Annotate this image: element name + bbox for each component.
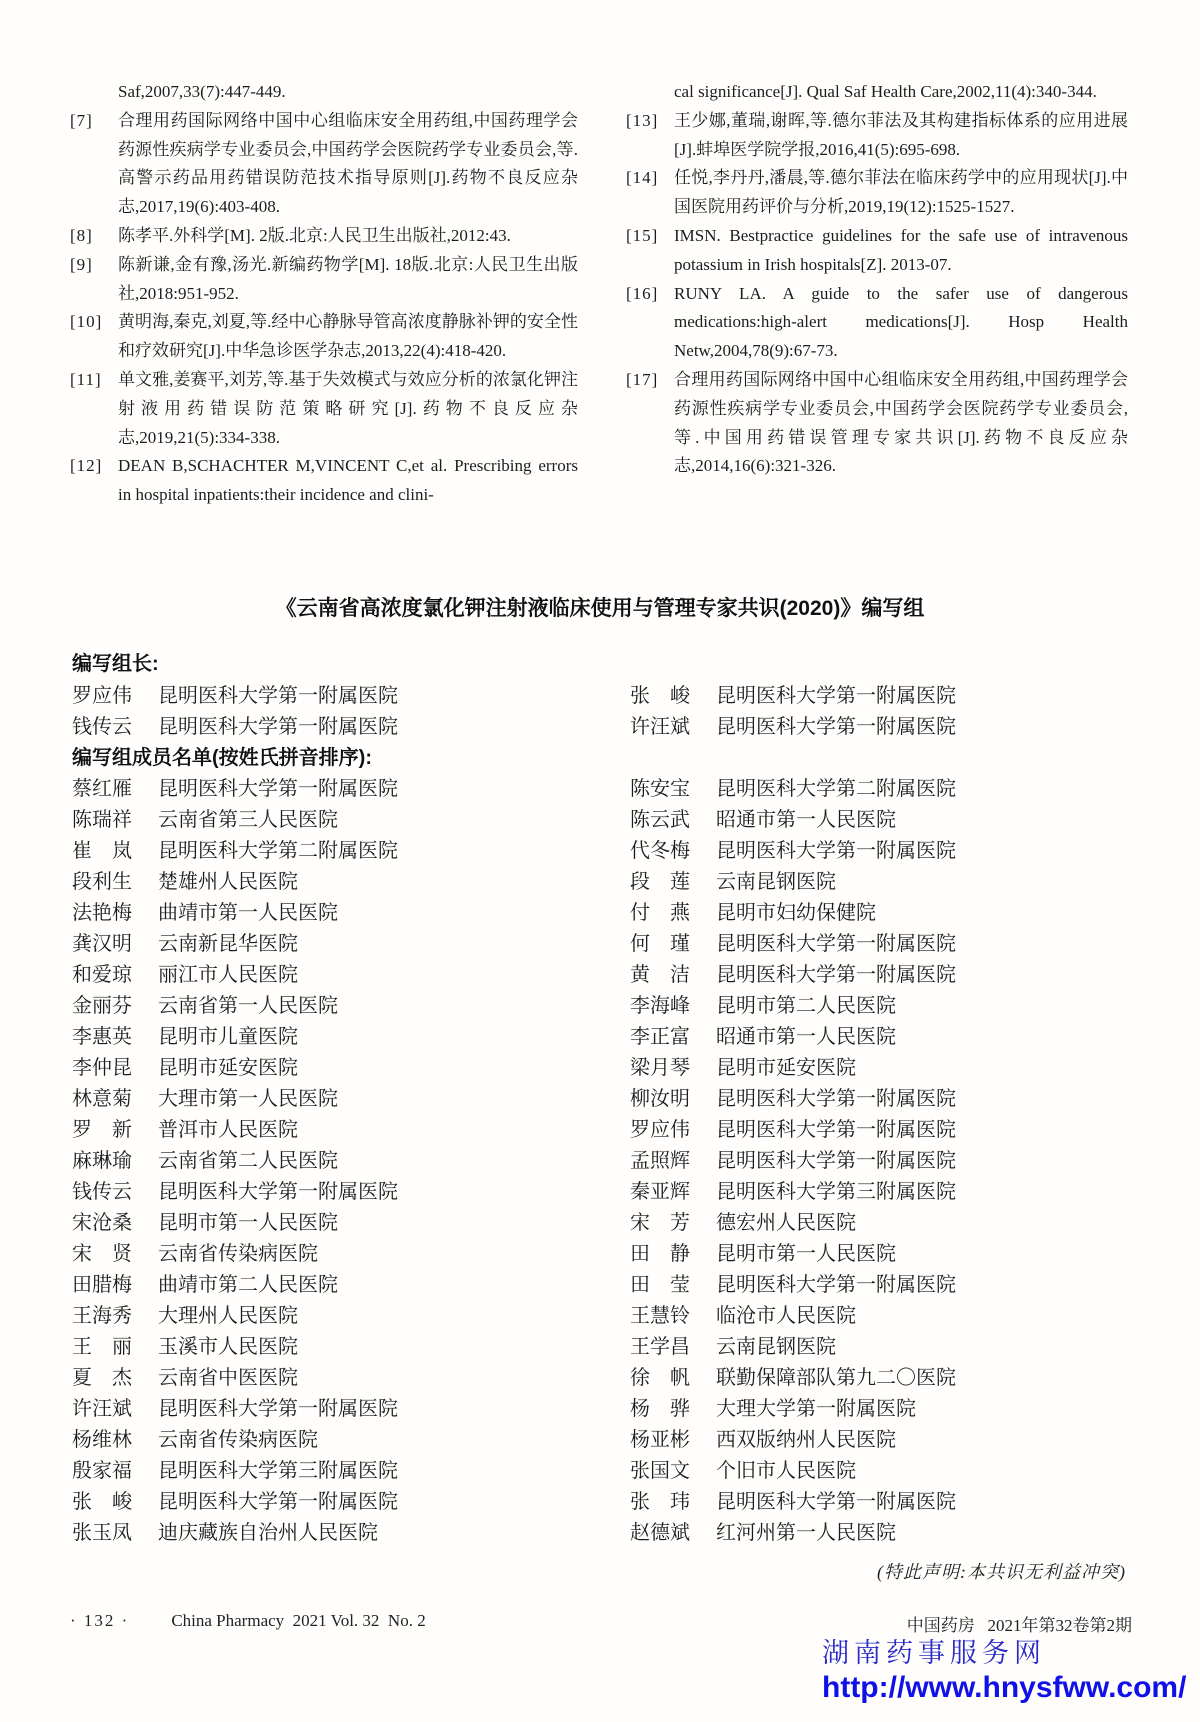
member-name: 张国文	[630, 1456, 692, 1487]
leaders-right-list: 张 峻昆明医科大学第一附属医院 许汪斌昆明医科大学第一附属医院	[630, 681, 1130, 743]
member-name: 代冬梅	[630, 836, 692, 867]
member-name: 陈云武	[630, 805, 692, 836]
reference-item: [13] 王少娜,董瑞,谢晖,等.德尔菲法及其构建指标体系的应用进展[J].蚌埠…	[626, 107, 1128, 165]
reference-label: [16]	[626, 280, 674, 366]
reference-label: [13]	[626, 107, 674, 165]
leader-row: 罗应伟昆明医科大学第一附属医院	[72, 681, 630, 712]
member-name: 梁月琴	[630, 1053, 692, 1084]
member-name: 和爱琼	[72, 960, 134, 991]
reference-item: [14] 任悦,李丹丹,潘晨,等.德尔菲法在临床药学中的应用现状[J].中国医院…	[626, 164, 1128, 222]
references-left-column: Saf,2007,33(7):447-449. [7] 合理用药国际网络中国中心…	[70, 78, 578, 510]
member-name: 麻琳瑜	[72, 1146, 134, 1177]
member-affiliation: 昆明市第二人民医院	[716, 995, 896, 1017]
member-affiliation: 丽江市人民医院	[158, 964, 298, 986]
member-row: 龚汉明云南新昆华医院	[72, 929, 630, 960]
member-affiliation: 昆明医科大学第二附属医院	[158, 840, 398, 862]
member-row: 法艳梅曲靖市第一人民医院	[72, 898, 630, 929]
member-row: 张 玮昆明医科大学第一附属医院	[630, 1487, 1130, 1518]
member-affiliation: 楚雄州人民医院	[158, 871, 298, 893]
member-row: 徐 帆联勤保障部队第九二〇医院	[630, 1363, 1130, 1394]
member-name: 柳汝明	[630, 1084, 692, 1115]
roster-columns: 罗应伟昆明医科大学第一附属医院 钱传云昆明医科大学第一附属医院 编写组成员名单(…	[72, 681, 1130, 1549]
member-affiliation: 大理大学第一附属医院	[716, 1398, 916, 1420]
member-affiliation: 昆明市第一人民医院	[158, 1212, 338, 1234]
reference-text: 陈孝平.外科学[M]. 2版.北京:人民卫生出版社,2012:43.	[118, 222, 578, 251]
member-name: 杨维林	[72, 1425, 134, 1456]
member-affiliation: 云南省第三人民医院	[158, 809, 338, 831]
member-row: 宋 贤云南省传染病医院	[72, 1239, 630, 1270]
member-affiliation: 昆明医科大学第三附属医院	[716, 1181, 956, 1203]
member-name: 法艳梅	[72, 898, 134, 929]
member-name: 李正富	[630, 1022, 692, 1053]
member-row: 李海峰昆明市第二人民医院	[630, 991, 1130, 1022]
member-row: 陈瑞祥云南省第三人民医院	[72, 805, 630, 836]
footer-left: · 132 · China Pharmacy 2021 Vol. 32 No. …	[70, 1611, 426, 1636]
reference-label: [14]	[626, 164, 674, 222]
member-affiliation: 昆明医科大学第一附属医院	[158, 1491, 398, 1513]
member-affiliation: 昆明市延安医院	[158, 1057, 298, 1079]
member-row: 田腊梅曲靖市第二人民医院	[72, 1270, 630, 1301]
member-row: 陈安宝昆明医科大学第二附属医院	[630, 774, 1130, 805]
member-name: 田腊梅	[72, 1270, 134, 1301]
member-row: 付 燕昆明市妇幼保健院	[630, 898, 1130, 929]
member-affiliation: 昆明医科大学第一附属医院	[158, 685, 398, 707]
member-name: 张玉凤	[72, 1518, 134, 1549]
member-row: 梁月琴昆明市延安医院	[630, 1053, 1130, 1084]
member-name: 钱传云	[72, 1177, 134, 1208]
reference-item: [11] 单文雅,姜赛平,刘芳,等.基于失效模式与效应分析的浓氯化钾注射液用药错…	[70, 366, 578, 452]
member-name: 段利生	[72, 867, 134, 898]
member-row: 王海秀大理州人民医院	[72, 1301, 630, 1332]
member-affiliation: 昆明医科大学第一附属医院	[158, 778, 398, 800]
members-left-list: 蔡红雁昆明医科大学第一附属医院 陈瑞祥云南省第三人民医院 崔 岚昆明医科大学第二…	[72, 774, 630, 1549]
member-affiliation: 昆明市延安医院	[716, 1057, 856, 1079]
member-name: 林意菊	[72, 1084, 134, 1115]
reference-text: 合理用药国际网络中国中心组临床安全用药组,中国药理学会药源性疾病学专业委员会,中…	[118, 107, 578, 222]
member-affiliation: 昆明医科大学第一附属医院	[716, 1088, 956, 1110]
roster-right-column: 张 峻昆明医科大学第一附属医院 许汪斌昆明医科大学第一附属医院 陈安宝昆明医科大…	[630, 681, 1130, 1549]
reference-text: DEAN B,SCHACHTER M,VINCENT C,et al. Pres…	[118, 452, 578, 510]
member-row: 王慧铃临沧市人民医院	[630, 1301, 1130, 1332]
member-row: 许汪斌昆明医科大学第一附属医院	[72, 1394, 630, 1425]
reference-item: [7] 合理用药国际网络中国中心组临床安全用药组,中国药理学会药源性疾病学专业委…	[70, 107, 578, 222]
member-row: 段利生楚雄州人民医院	[72, 867, 630, 898]
reference-item: [10] 黄明海,秦克,刘夏,等.经中心静脉导管高浓度静脉补钾的安全性和疗效研究…	[70, 308, 578, 366]
member-name: 杨亚彬	[630, 1425, 692, 1456]
member-affiliation: 昆明医科大学第三附属医院	[158, 1460, 398, 1482]
member-name: 孟照辉	[630, 1146, 692, 1177]
reference-label: [10]	[70, 308, 118, 366]
member-row: 秦亚辉昆明医科大学第三附属医院	[630, 1177, 1130, 1208]
page-footer: · 132 · China Pharmacy 2021 Vol. 32 No. …	[70, 1611, 1132, 1636]
member-row: 柳汝明昆明医科大学第一附属医院	[630, 1084, 1130, 1115]
member-row: 殷家福昆明医科大学第三附属医院	[72, 1456, 630, 1487]
member-row: 田 静昆明市第一人民医院	[630, 1239, 1130, 1270]
member-name: 宋沧桑	[72, 1208, 134, 1239]
member-affiliation: 云南省中医医院	[158, 1367, 298, 1389]
member-affiliation: 曲靖市第一人民医院	[158, 902, 338, 924]
member-name: 李惠英	[72, 1022, 134, 1053]
member-row: 罗应伟昆明医科大学第一附属医院	[630, 1115, 1130, 1146]
reference-text: 任悦,李丹丹,潘晨,等.德尔菲法在临床药学中的应用现状[J].中国医院用药评价与…	[674, 164, 1128, 222]
member-name: 赵德斌	[630, 1518, 692, 1549]
member-row: 代冬梅昆明医科大学第一附属医院	[630, 836, 1130, 867]
member-row: 赵德斌红河州第一人民医院	[630, 1518, 1130, 1549]
member-name: 王学昌	[630, 1332, 692, 1363]
member-row: 金丽芬云南省第一人民医院	[72, 991, 630, 1022]
member-affiliation: 昆明医科大学第一附属医院	[158, 1398, 398, 1420]
member-row: 宋 芳德宏州人民医院	[630, 1208, 1130, 1239]
member-row: 张玉凤迪庆藏族自治州人民医院	[72, 1518, 630, 1549]
member-name: 罗应伟	[72, 681, 134, 712]
leader-row: 钱传云昆明医科大学第一附属医院	[72, 712, 630, 743]
member-row: 和爱琼丽江市人民医院	[72, 960, 630, 991]
member-row: 黄 洁昆明医科大学第一附属医院	[630, 960, 1130, 991]
reference-text: RUNY LA. A guide to the safer use of dan…	[674, 280, 1128, 366]
member-row: 孟照辉昆明医科大学第一附属医院	[630, 1146, 1130, 1177]
member-affiliation: 昆明医科大学第一附属医院	[716, 1491, 956, 1513]
member-affiliation: 德宏州人民医院	[716, 1212, 856, 1234]
reference-item: Saf,2007,33(7):447-449.	[70, 78, 578, 107]
member-name: 殷家福	[72, 1456, 134, 1487]
reference-item: cal significance[J]. Qual Saf Health Car…	[626, 78, 1128, 107]
member-affiliation: 昆明医科大学第一附属医院	[716, 685, 956, 707]
member-affiliation: 迪庆藏族自治州人民医院	[158, 1522, 378, 1544]
member-name: 徐 帆	[630, 1363, 692, 1394]
member-name: 龚汉明	[72, 929, 134, 960]
member-row: 钱传云昆明医科大学第一附属医院	[72, 1177, 630, 1208]
member-name: 张 峻	[72, 1487, 134, 1518]
member-affiliation: 昆明市儿童医院	[158, 1026, 298, 1048]
member-row: 杨维林云南省传染病医院	[72, 1425, 630, 1456]
journal-name-chinese: 中国药房 2021年第32卷第2期	[907, 1611, 1132, 1636]
reference-label	[70, 78, 118, 107]
member-affiliation: 昆明医科大学第一附属医院	[716, 933, 956, 955]
member-row: 田 莹昆明医科大学第一附属医院	[630, 1270, 1130, 1301]
member-row: 宋沧桑昆明市第一人民医院	[72, 1208, 630, 1239]
member-name: 罗应伟	[630, 1115, 692, 1146]
member-row: 林意菊大理市第一人民医院	[72, 1084, 630, 1115]
member-row: 杨 骅大理大学第一附属医院	[630, 1394, 1130, 1425]
member-row: 李正富昭通市第一人民医院	[630, 1022, 1130, 1053]
watermark-site-name: 湖南药事服务网	[822, 1640, 1186, 1667]
member-name: 许汪斌	[630, 712, 692, 743]
member-name: 王海秀	[72, 1301, 134, 1332]
member-affiliation: 玉溪市人民医院	[158, 1336, 298, 1358]
conflict-declaration: (特此声明:本共识无利益冲突)	[877, 1558, 1126, 1584]
writing-group-roster: 编写组长: 罗应伟昆明医科大学第一附属医院 钱传云昆明医科大学第一附属医院 编写…	[72, 648, 1130, 1549]
member-row: 李仲昆昆明市延安医院	[72, 1053, 630, 1084]
member-affiliation: 临沧市人民医院	[716, 1305, 856, 1327]
member-affiliation: 昆明医科大学第一附属医院	[716, 1119, 956, 1141]
member-affiliation: 西双版纳州人民医院	[716, 1429, 896, 1451]
reference-label: [9]	[70, 251, 118, 309]
reference-text: IMSN. Bestpractice guidelines for the sa…	[674, 222, 1128, 280]
member-name: 李仲昆	[72, 1053, 134, 1084]
member-affiliation: 云南昆钢医院	[716, 1336, 836, 1358]
site-watermark: 湖南药事服务网 http://www.hnysfww.com/	[822, 1640, 1186, 1703]
reference-item: [12] DEAN B,SCHACHTER M,VINCENT C,et al.…	[70, 452, 578, 510]
member-name: 黄 洁	[630, 960, 692, 991]
member-name: 何 瑾	[630, 929, 692, 960]
page-number: · 132 ·	[70, 1611, 129, 1631]
reference-item: [9] 陈新谦,金有豫,汤光.新编药物学[M]. 18版.北京:人民卫生出版社,…	[70, 251, 578, 309]
member-name: 夏 杰	[72, 1363, 134, 1394]
reference-item: [8] 陈孝平.外科学[M]. 2版.北京:人民卫生出版社,2012:43.	[70, 222, 578, 251]
member-row: 罗 新普洱市人民医院	[72, 1115, 630, 1146]
member-name: 宋 芳	[630, 1208, 692, 1239]
member-name: 陈瑞祥	[72, 805, 134, 836]
reference-text: 合理用药国际网络中国中心组临床安全用药组,中国药理学会药源性疾病学专业委员会,中…	[674, 366, 1128, 481]
row-spacer	[630, 743, 1130, 774]
member-row: 段 莲云南昆钢医院	[630, 867, 1130, 898]
leader-row: 许汪斌昆明医科大学第一附属医院	[630, 712, 1130, 743]
member-affiliation: 昆明医科大学第一附属医院	[158, 716, 398, 738]
journal-page: Saf,2007,33(7):447-449. [7] 合理用药国际网络中国中心…	[0, 0, 1200, 1722]
reference-label: [7]	[70, 107, 118, 222]
reference-label: [17]	[626, 366, 674, 481]
member-name: 崔 岚	[72, 836, 134, 867]
member-affiliation: 普洱市人民医院	[158, 1119, 298, 1141]
member-affiliation: 云南省传染病医院	[158, 1243, 318, 1265]
member-affiliation: 大理市第一人民医院	[158, 1088, 338, 1110]
member-affiliation: 红河州第一人民医院	[716, 1522, 896, 1544]
member-affiliation: 昆明医科大学第一附属医院	[716, 964, 956, 986]
reference-item: [15] IMSN. Bestpractice guidelines for t…	[626, 222, 1128, 280]
member-name: 田 静	[630, 1239, 692, 1270]
member-name: 金丽芬	[72, 991, 134, 1022]
journal-name-english: China Pharmacy 2021 Vol. 32 No. 2	[171, 1611, 425, 1631]
reference-item: [17] 合理用药国际网络中国中心组临床安全用药组,中国药理学会药源性疾病学专业…	[626, 366, 1128, 481]
member-affiliation: 云南新昆华医院	[158, 933, 298, 955]
references-right-column: cal significance[J]. Qual Saf Health Car…	[626, 78, 1128, 510]
member-name: 王 丽	[72, 1332, 134, 1363]
member-row: 王 丽玉溪市人民医院	[72, 1332, 630, 1363]
members-right-list: 陈安宝昆明医科大学第二附属医院 陈云武昭通市第一人民医院 代冬梅昆明医科大学第一…	[630, 774, 1130, 1549]
member-name: 杨 骅	[630, 1394, 692, 1425]
member-affiliation: 昆明医科大学第一附属医院	[158, 1181, 398, 1203]
member-row: 麻琳瑜云南省第二人民医院	[72, 1146, 630, 1177]
member-row: 崔 岚昆明医科大学第二附属医院	[72, 836, 630, 867]
writing-group-title: 《云南省高浓度氯化钾注射液临床使用与管理专家共识(2020)》编写组	[0, 592, 1200, 622]
reference-text: 陈新谦,金有豫,汤光.新编药物学[M]. 18版.北京:人民卫生出版社,2018…	[118, 251, 578, 309]
member-affiliation: 昆明医科大学第一附属医院	[716, 716, 956, 738]
member-affiliation: 云南昆钢医院	[716, 871, 836, 893]
member-name: 段 莲	[630, 867, 692, 898]
member-affiliation: 云南省第一人民医院	[158, 995, 338, 1017]
member-name: 田 莹	[630, 1270, 692, 1301]
member-name: 付 燕	[630, 898, 692, 929]
member-affiliation: 昆明医科大学第一附属医院	[716, 1150, 956, 1172]
reference-text: 黄明海,秦克,刘夏,等.经中心静脉导管高浓度静脉补钾的安全性和疗效研究[J].中…	[118, 308, 578, 366]
reference-item: [16] RUNY LA. A guide to the safer use o…	[626, 280, 1128, 366]
references-section: Saf,2007,33(7):447-449. [7] 合理用药国际网络中国中心…	[70, 78, 1130, 510]
reference-label: [15]	[626, 222, 674, 280]
member-row: 张 峻昆明医科大学第一附属医院	[72, 1487, 630, 1518]
member-affiliation: 昆明市第一人民医院	[716, 1243, 896, 1265]
member-affiliation: 昭通市第一人民医院	[716, 1026, 896, 1048]
member-affiliation: 昆明医科大学第二附属医院	[716, 778, 956, 800]
reference-text: 单文雅,姜赛平,刘芳,等.基于失效模式与效应分析的浓氯化钾注射液用药错误防范策略…	[118, 366, 578, 452]
member-name: 李海峰	[630, 991, 692, 1022]
member-name: 宋 贤	[72, 1239, 134, 1270]
member-name: 罗 新	[72, 1115, 134, 1146]
member-name: 王慧铃	[630, 1301, 692, 1332]
member-name: 张 玮	[630, 1487, 692, 1518]
leaders-heading: 编写组长:	[72, 648, 1130, 681]
member-name: 秦亚辉	[630, 1177, 692, 1208]
member-affiliation: 昭通市第一人民医院	[716, 809, 896, 831]
member-affiliation: 曲靖市第二人民医院	[158, 1274, 338, 1296]
member-name: 许汪斌	[72, 1394, 134, 1425]
member-affiliation: 大理州人民医院	[158, 1305, 298, 1327]
reference-text: 王少娜,董瑞,谢晖,等.德尔菲法及其构建指标体系的应用进展[J].蚌埠医学院学报…	[674, 107, 1128, 165]
member-affiliation: 昆明医科大学第一附属医院	[716, 840, 956, 862]
member-row: 夏 杰云南省中医医院	[72, 1363, 630, 1394]
members-heading: 编写组成员名单(按姓氏拼音排序):	[72, 743, 630, 774]
member-affiliation: 昆明市妇幼保健院	[716, 902, 876, 924]
member-affiliation: 云南省传染病医院	[158, 1429, 318, 1451]
member-row: 王学昌云南昆钢医院	[630, 1332, 1130, 1363]
reference-label	[626, 78, 674, 107]
member-row: 蔡红雁昆明医科大学第一附属医院	[72, 774, 630, 805]
member-name: 陈安宝	[630, 774, 692, 805]
leaders-left-list: 罗应伟昆明医科大学第一附属医院 钱传云昆明医科大学第一附属医院	[72, 681, 630, 743]
member-row: 杨亚彬西双版纳州人民医院	[630, 1425, 1130, 1456]
member-row: 张国文个旧市人民医院	[630, 1456, 1130, 1487]
reference-label: [12]	[70, 452, 118, 510]
reference-text: cal significance[J]. Qual Saf Health Car…	[674, 78, 1128, 107]
reference-label: [11]	[70, 366, 118, 452]
member-affiliation: 联勤保障部队第九二〇医院	[716, 1367, 956, 1389]
member-name: 蔡红雁	[72, 774, 134, 805]
leader-row: 张 峻昆明医科大学第一附属医院	[630, 681, 1130, 712]
roster-left-column: 罗应伟昆明医科大学第一附属医院 钱传云昆明医科大学第一附属医院 编写组成员名单(…	[72, 681, 630, 1549]
member-affiliation: 云南省第二人民医院	[158, 1150, 338, 1172]
member-affiliation: 昆明医科大学第一附属医院	[716, 1274, 956, 1296]
member-row: 何 瑾昆明医科大学第一附属医院	[630, 929, 1130, 960]
member-name: 钱传云	[72, 712, 134, 743]
reference-text: Saf,2007,33(7):447-449.	[118, 78, 578, 107]
member-row: 陈云武昭通市第一人民医院	[630, 805, 1130, 836]
member-name: 张 峻	[630, 681, 692, 712]
member-row: 李惠英昆明市儿童医院	[72, 1022, 630, 1053]
reference-label: [8]	[70, 222, 118, 251]
member-affiliation: 个旧市人民医院	[716, 1460, 856, 1482]
watermark-site-url: http://www.hnysfww.com/	[822, 1673, 1186, 1703]
